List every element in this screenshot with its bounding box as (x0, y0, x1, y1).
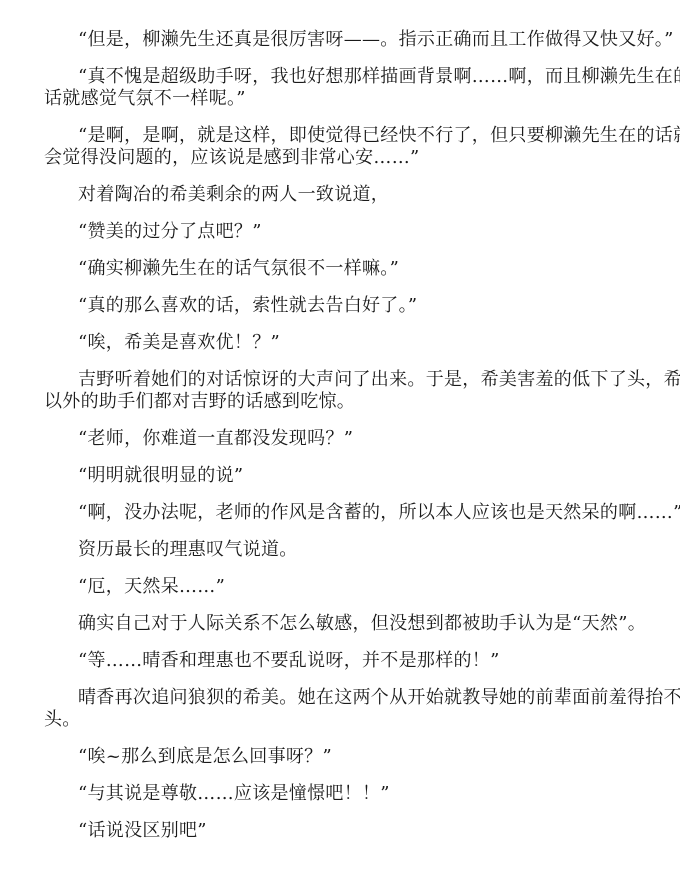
paragraph-line: “厄，天然呆……” (44, 576, 644, 598)
paragraph-line: “真的那么喜欢的话，索性就去告白好了。” (44, 295, 644, 317)
paragraph-line: 会觉得没问题的，应该说是感到非常心安……” (44, 147, 644, 169)
paragraph: 吉野听着她们的对话惊讶的大声问了出来。于是，希美害羞的低下了头，希美 以外的助手… (44, 369, 644, 413)
paragraph: “啊，没办法呢，老师的作风是含蓄的，所以本人应该也是天然呆的啊……” (44, 502, 644, 524)
document-page: “但是，柳濑先生还真是很厉害呀——。指示正确而且工作做得又快又好。” “真不愧是… (44, 29, 644, 857)
paragraph: 对着陶冶的希美剩余的两人一致说道， (44, 184, 644, 206)
paragraph-line: “与其说是尊敬……应该是憧憬吧！！” (44, 783, 644, 805)
paragraph: “确实柳濑先生在的话气氛很不一样嘛。” (44, 258, 644, 280)
paragraph-line: “明明就很明显的说” (44, 465, 644, 487)
paragraph-line: “是啊，是啊，就是这样，即使觉得已经快不行了，但只要柳濑先生在的话就 (44, 125, 644, 147)
paragraph-line: 资历最长的理惠叹气说道。 (44, 539, 644, 561)
paragraph-line: “老师，你难道一直都没发现吗？” (44, 428, 644, 450)
paragraph: “但是，柳濑先生还真是很厉害呀——。指示正确而且工作做得又快又好。” (44, 29, 644, 51)
paragraph-line: “话说没区别吧” (44, 820, 644, 842)
paragraph: “赞美的过分了点吧？” (44, 221, 644, 243)
paragraph: “明明就很明显的说” (44, 465, 644, 487)
paragraph: “厄，天然呆……” (44, 576, 644, 598)
paragraph: “唉，希美是喜欢优！？” (44, 332, 644, 354)
paragraph: “老师，你难道一直都没发现吗？” (44, 428, 644, 450)
paragraph: 晴香再次追问狼狈的希美。她在这两个从开始就教导她的前辈面前羞得抬不起 头。 (44, 687, 644, 731)
paragraph: “等……晴香和理惠也不要乱说呀，并不是那样的！” (44, 650, 644, 672)
paragraph-line: “啊，没办法呢，老师的作风是含蓄的，所以本人应该也是天然呆的啊……” (44, 502, 644, 524)
paragraph-line: “唉，希美是喜欢优！？” (44, 332, 644, 354)
paragraph-line: 晴香再次追问狼狈的希美。她在这两个从开始就教导她的前辈面前羞得抬不起 (44, 687, 644, 709)
paragraph: “与其说是尊敬……应该是憧憬吧！！” (44, 783, 644, 805)
paragraph-line: “但是，柳濑先生还真是很厉害呀——。指示正确而且工作做得又快又好。” (44, 29, 644, 51)
paragraph-line: 以外的助手们都对吉野的话感到吃惊。 (44, 391, 644, 413)
paragraph: “唉~那么到底是怎么回事呀？” (44, 746, 644, 768)
paragraph-line: “赞美的过分了点吧？” (44, 221, 644, 243)
paragraph: “真不愧是超级助手呀，我也好想那样描画背景啊……啊，而且柳濑先生在的 话就感觉气… (44, 66, 644, 110)
paragraph: “话说没区别吧” (44, 820, 644, 842)
paragraph-line: 确实自己对于人际关系不怎么敏感，但没想到都被助手认为是“天然”。 (44, 613, 644, 635)
paragraph-line: 对着陶冶的希美剩余的两人一致说道， (44, 184, 644, 206)
paragraph-line: “唉~那么到底是怎么回事呀？” (44, 746, 644, 768)
paragraph: “真的那么喜欢的话，索性就去告白好了。” (44, 295, 644, 317)
paragraph: 确实自己对于人际关系不怎么敏感，但没想到都被助手认为是“天然”。 (44, 613, 644, 635)
paragraph-line: 吉野听着她们的对话惊讶的大声问了出来。于是，希美害羞的低下了头，希美 (44, 369, 644, 391)
paragraph: “是啊，是啊，就是这样，即使觉得已经快不行了，但只要柳濑先生在的话就 会觉得没问… (44, 125, 644, 169)
paragraph-line: 话就感觉气氛不一样呢。” (44, 88, 644, 110)
paragraph-line: “确实柳濑先生在的话气氛很不一样嘛。” (44, 258, 644, 280)
paragraph: 资历最长的理惠叹气说道。 (44, 539, 644, 561)
paragraph-line: “等……晴香和理惠也不要乱说呀，并不是那样的！” (44, 650, 644, 672)
paragraph-line: “真不愧是超级助手呀，我也好想那样描画背景啊……啊，而且柳濑先生在的 (44, 66, 644, 88)
paragraph-line: 头。 (44, 709, 644, 731)
